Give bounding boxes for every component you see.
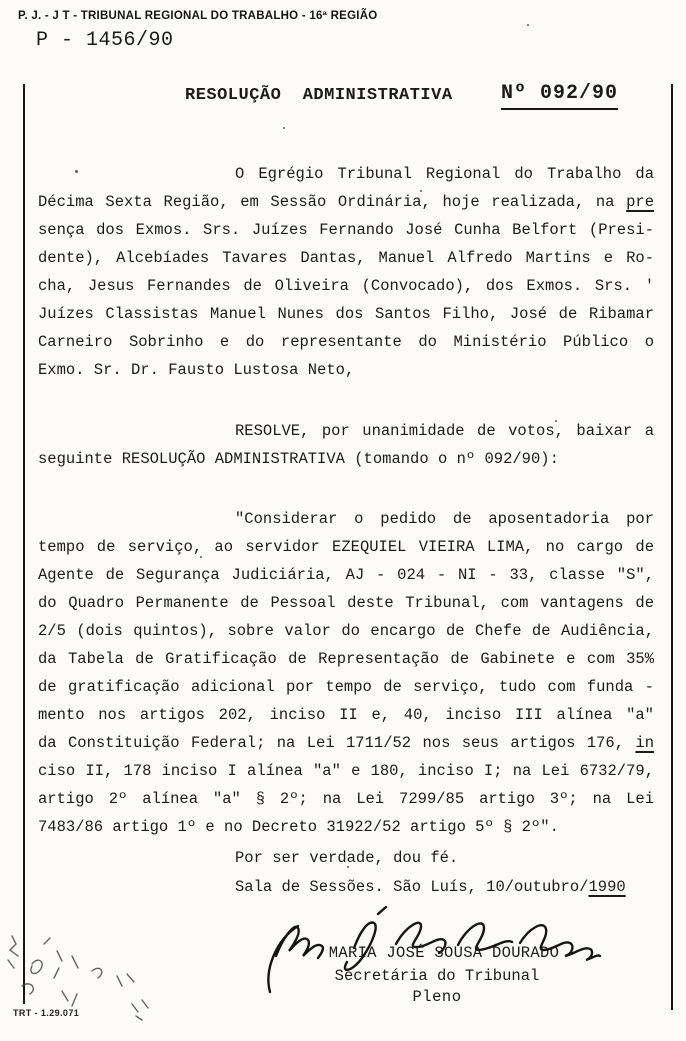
text-line: 7483/86 artigo 1º e no Decreto 31922/52 … — [38, 813, 654, 841]
left-margin-rule — [23, 84, 25, 1004]
text-line: Décima Sexta Região, em Sessão Ordinária… — [38, 188, 654, 216]
document-paragraphs: O Egrégio Tribunal Regional do Trabalho … — [38, 0, 654, 1041]
text-line: "Considerar o pedido de aposentadoria po… — [38, 505, 654, 533]
scan-speckle — [527, 24, 529, 26]
text-line: da Constituição Federal; na Lei 1711/52 … — [38, 729, 654, 757]
paragraph: RESOLVE, por unanimidade de votos, baixa… — [38, 417, 654, 473]
text-line: ciso II, 178 inciso I alínea "a" e 180, … — [38, 757, 654, 785]
form-code: TRT - 1.29.071 — [13, 1008, 79, 1018]
text-line: mento nos artigos 202, inciso II e, 40, … — [38, 701, 654, 729]
scan-speckle — [420, 190, 422, 192]
scan-speckle — [200, 556, 202, 558]
text-line: sença dos Exmos. Srs. Juízes Fernando Jo… — [38, 216, 654, 244]
text-line: artigo 2º alínea "a" § 2º; na Lei 7299/8… — [38, 785, 654, 813]
scan-speckle — [283, 127, 285, 129]
text-line: dente), Alcebíades Tavares Dantas, Manue… — [38, 244, 654, 272]
scan-speckle — [347, 866, 349, 868]
text-line: RESOLVE, por unanimidade de votos, baixa… — [38, 417, 654, 445]
text-line: da Tabela de Gratificação de Representaç… — [38, 645, 654, 673]
closing-lines: Por ser verdade, dou fé.Sala de Sessões.… — [38, 844, 654, 902]
scan-speckle — [75, 170, 78, 173]
text-line: seguinte RESOLUÇÃO ADMINISTRATIVA (toman… — [38, 445, 654, 473]
text-line: Exmo. Sr. Dr. Fausto Lustosa Neto, — [38, 356, 654, 384]
text-line: O Egrégio Tribunal Regional do Trabalho … — [38, 160, 654, 188]
text-line: tempo de serviço, ao servidor EZEQUIEL V… — [38, 533, 654, 561]
scanned-document-page: P. J. - J T - TRIBUNAL REGIONAL DO TRABA… — [0, 0, 686, 1041]
text-line: Agente de Segurança Judiciária, AJ - 024… — [38, 561, 654, 589]
text-line: do Quadro Permanente de Pessoal deste Tr… — [38, 589, 654, 617]
right-margin-rule — [671, 84, 673, 1010]
text-line: 2/5 (dois quintos), sobre valor do encar… — [38, 617, 654, 645]
text-line: Carneiro Sobrinho e do representante do … — [38, 328, 654, 356]
text-line: Juízes Classistas Manuel Nunes dos Santo… — [38, 300, 654, 328]
scan-speckle — [555, 420, 557, 422]
paragraph: O Egrégio Tribunal Regional do Trabalho … — [38, 160, 654, 384]
text-line: Sala de Sessões. São Luís, 10/outubro/19… — [38, 873, 654, 902]
paragraph: "Considerar o pedido de aposentadoria po… — [38, 505, 654, 841]
text-line: Por ser verdade, dou fé. — [38, 844, 654, 873]
signatory-role: Secretária do Tribunal — [287, 967, 587, 985]
signatory-name: MARIA JOSÉ SOUSA DOURADO — [294, 944, 594, 962]
text-line: de gratificação adicional por tempo de s… — [38, 673, 654, 701]
signatory-division: Pleno — [287, 988, 587, 1006]
text-line: cha, Jesus Fernandes de Oliveira (Convoc… — [38, 272, 654, 300]
